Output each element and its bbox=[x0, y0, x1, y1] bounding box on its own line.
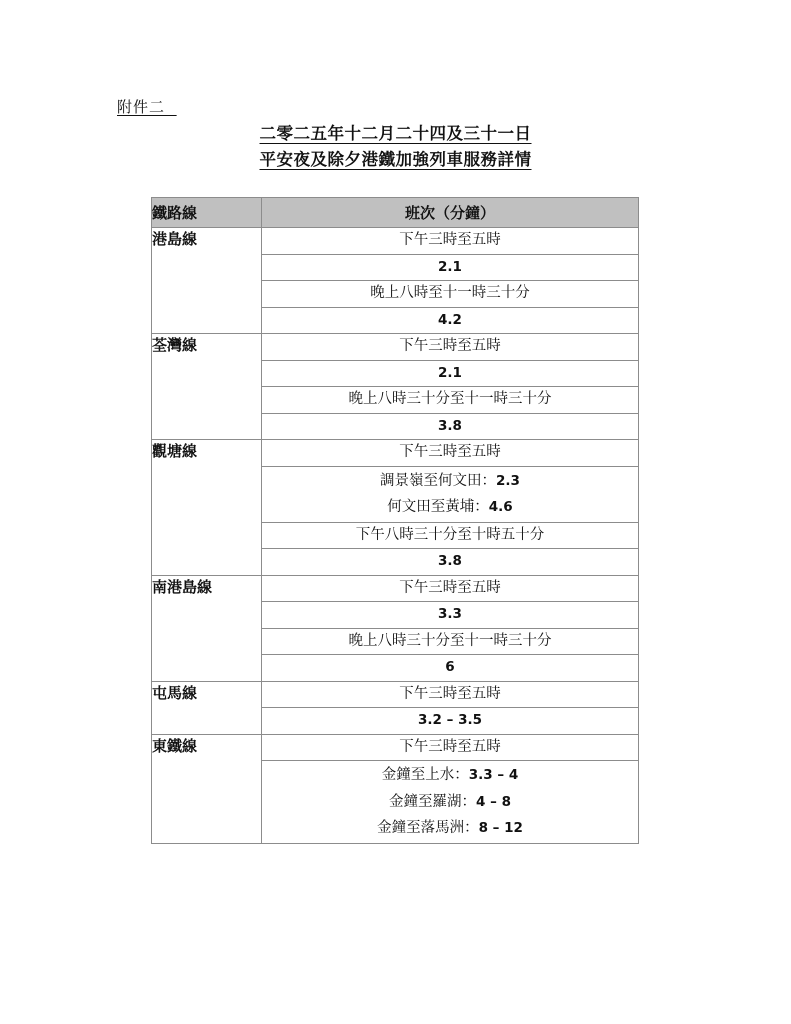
frequency-cell: 2.1 bbox=[262, 360, 639, 387]
segment-label: 金鐘至上水： bbox=[382, 767, 469, 783]
document-title-subject: 平安夜及除夕港鐵加強列車服務詳情 bbox=[0, 146, 791, 170]
frequency-cell: 4.2 bbox=[262, 307, 639, 334]
segment-item: 金鐘至落馬洲：8 – 12 bbox=[262, 815, 638, 842]
header-frequency: 班次（分鐘） bbox=[262, 198, 639, 228]
frequency-segments-cell: 金鐘至上水：3.3 – 4 金鐘至羅湖：4 – 8 金鐘至落馬洲：8 – 12 bbox=[262, 761, 639, 844]
segment-item: 何文田至黃埔：4.6 bbox=[262, 494, 638, 521]
frequency-cell: 6 bbox=[262, 655, 639, 682]
segment-value: 2.3 bbox=[496, 473, 520, 489]
segment-label: 何文田至黃埔： bbox=[387, 499, 489, 515]
period-cell: 下午三時至五時 bbox=[262, 575, 639, 602]
train-service-table: 鐵路線 班次（分鐘） 港島線 下午三時至五時 2.1 晚上八時至十一時三十分 4… bbox=[151, 197, 639, 844]
line-name-east-rail: 東鐵線 bbox=[152, 734, 262, 843]
period-cell: 下午八時三十分至十時五十分 bbox=[262, 522, 639, 549]
document-title-date: 二零二五年十二月二十四及三十一日 bbox=[0, 120, 791, 144]
segment-label: 金鐘至羅湖： bbox=[389, 794, 476, 810]
segment-item: 金鐘至羅湖：4 – 8 bbox=[262, 789, 638, 816]
table-row: 南港島線 下午三時至五時 bbox=[152, 575, 639, 602]
line-name-tuen-ma: 屯馬線 bbox=[152, 681, 262, 734]
line-name-south-island: 南港島線 bbox=[152, 575, 262, 681]
line-name-island: 港島線 bbox=[152, 228, 262, 334]
period-cell: 晚上八時三十分至十一時三十分 bbox=[262, 387, 639, 414]
line-name-tsuen-wan: 荃灣線 bbox=[152, 334, 262, 440]
period-cell: 下午三時至五時 bbox=[262, 334, 639, 361]
frequency-cell: 2.1 bbox=[262, 254, 639, 281]
segment-value: 8 – 12 bbox=[479, 820, 523, 836]
segment-item: 金鐘至上水：3.3 – 4 bbox=[262, 762, 638, 789]
table-row: 港島線 下午三時至五時 bbox=[152, 228, 639, 255]
segment-label: 調景嶺至何文田： bbox=[380, 473, 496, 489]
segment-label: 金鐘至落馬洲： bbox=[377, 820, 479, 836]
frequency-cell: 3.2 – 3.5 bbox=[262, 708, 639, 735]
period-cell: 下午三時至五時 bbox=[262, 228, 639, 255]
table-row: 觀塘線 下午三時至五時 bbox=[152, 440, 639, 467]
annex-label: 附件二 bbox=[117, 96, 177, 117]
period-cell: 晚上八時三十分至十一時三十分 bbox=[262, 628, 639, 655]
segment-value: 4 – 8 bbox=[476, 794, 511, 810]
period-cell: 晚上八時至十一時三十分 bbox=[262, 281, 639, 308]
segment-item: 調景嶺至何文田：2.3 bbox=[262, 468, 638, 495]
line-name-kwun-tong: 觀塘線 bbox=[152, 440, 262, 576]
table-row: 屯馬線 下午三時至五時 bbox=[152, 681, 639, 708]
frequency-cell: 3.8 bbox=[262, 549, 639, 576]
period-cell: 下午三時至五時 bbox=[262, 440, 639, 467]
period-cell: 下午三時至五時 bbox=[262, 681, 639, 708]
table-row: 東鐵線 下午三時至五時 bbox=[152, 734, 639, 761]
frequency-cell: 3.3 bbox=[262, 602, 639, 629]
frequency-segments-cell: 調景嶺至何文田：2.3 何文田至黃埔：4.6 bbox=[262, 466, 639, 522]
table-row: 荃灣線 下午三時至五時 bbox=[152, 334, 639, 361]
header-railway-line: 鐵路線 bbox=[152, 198, 262, 228]
period-cell: 下午三時至五時 bbox=[262, 734, 639, 761]
frequency-cell: 3.8 bbox=[262, 413, 639, 440]
segment-value: 3.3 – 4 bbox=[469, 767, 518, 783]
table-header-row: 鐵路線 班次（分鐘） bbox=[152, 198, 639, 228]
segment-value: 4.6 bbox=[489, 499, 513, 515]
